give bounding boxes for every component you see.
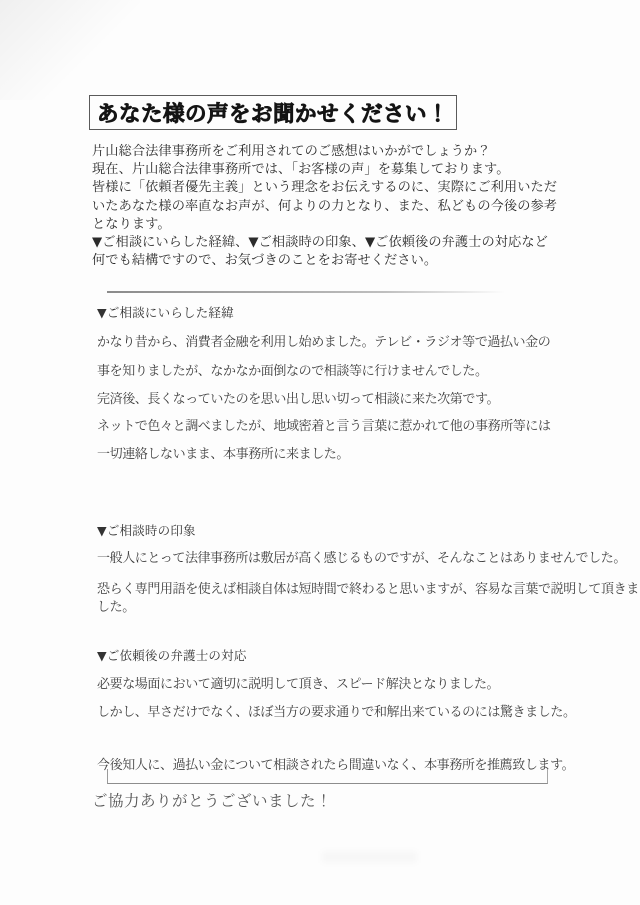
scan-artifact-corner xyxy=(0,0,140,100)
scan-artifact-smudge xyxy=(322,851,417,863)
feedback-area-top-rule xyxy=(107,291,505,293)
intro-line: となります。 xyxy=(92,216,580,234)
response-line: 必要な場面において適切に説明して頂き、スピード解決となりました。 xyxy=(97,673,499,692)
response-line: 完済後、長くなっていたのを思い出し思い切って相談に来た次第です。 xyxy=(97,388,499,407)
intro-line: 現在、片山総合法律事務所では、「お客様の声」を募集しております。 xyxy=(92,161,580,179)
response-line: 事を知りましたが、なかなか面倒なので相談等に行けませんでした。 xyxy=(97,360,488,379)
intro-line: いたあなた様の率直なお声が、何よりの力となり、また、私どもの今後の参考 xyxy=(92,198,580,216)
section-heading-consultation-impression: ▼ご相談時の印象 xyxy=(97,521,196,539)
response-line: 恐らく専門用語を使えば相談自体は短時間で終わると思いますが、容易な言葉で説明して… xyxy=(97,578,639,597)
intro-line: 皆様に「依頼者優先主義」という理念をお伝えするのに、実際にご利用いただ xyxy=(92,179,580,197)
closing-thanks: ご協力ありがとうございました！ xyxy=(92,789,332,811)
intro-paragraph: 片山総合法律事務所をご利用されてのご感想はいかがでしょうか？ 現在、片山総合法律… xyxy=(92,143,580,270)
response-line: かなり昔から、消費者金融を利用し始めました。テレビ・ラジオ等で過払い金の xyxy=(97,331,550,350)
response-line: 一切連絡しないまま、本事務所に来ました。 xyxy=(97,443,349,462)
document-title: あなた様の声をお聞かせください！ xyxy=(97,97,449,128)
intro-line: ▼ご相談にいらした経緯、▼ご相談時の印象、▼ご依頼後の弁護士の対応など xyxy=(92,234,580,252)
feedback-area-bottom-rule xyxy=(107,769,548,784)
response-line: 一般人にとって法律事務所は敷居が高く感じるものですが、そんなことはありませんでし… xyxy=(97,547,626,566)
scanned-page: あなた様の声をお聞かせください！ 片山総合法律事務所をご利用されてのご感想はいか… xyxy=(0,0,640,905)
title-box: あなた様の声をお聞かせください！ xyxy=(89,95,457,130)
response-line: した。 xyxy=(97,596,135,615)
intro-line: 何でも結構ですので、お気づきのことをお寄せください。 xyxy=(92,252,580,270)
response-line: ネットで色々と調べましたが、地域密着と言う言葉に惹かれて他の事務所等には xyxy=(97,415,551,434)
section-heading-lawyer-response: ▼ご依頼後の弁護士の対応 xyxy=(97,646,247,664)
response-line: しかし、早さだけでなく、ほぼ当方の要求通りで和解出来ているのには驚きました。 xyxy=(97,701,576,720)
section-heading-consultation-background: ▼ご相談にいらした経緯 xyxy=(97,303,234,321)
intro-line: 片山総合法律事務所をご利用されてのご感想はいかがでしょうか？ xyxy=(92,143,580,161)
